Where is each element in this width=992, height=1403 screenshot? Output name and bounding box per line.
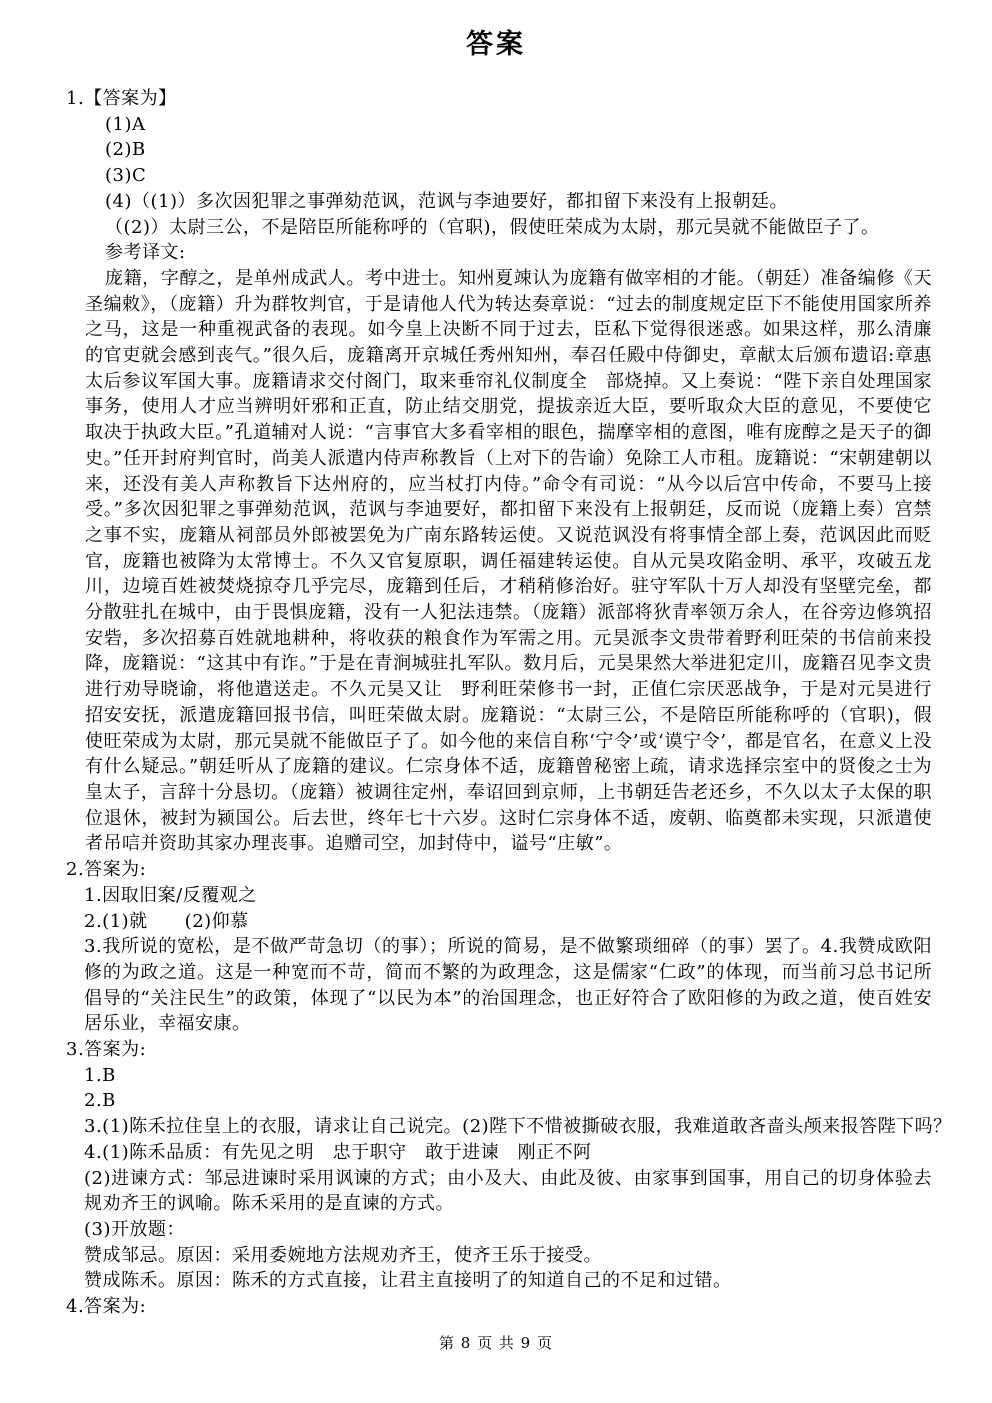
answer-item: 3.(1)陈禾拉住皇上的衣服，请求让自己说完。(2)陛下不惜被撕破衣服，我难道敢…	[0, 1114, 992, 1140]
answer-paragraph: 3.我所说的宽松，是不做严苛急切（的事）；所说的简易，是不做繁琐细碎（的事）罢了…	[84, 934, 932, 1037]
answer-paragraph: (2)进谏方式：邹忌进谏时采用讽谏的方式；由小及大、由此及彼、由家事到国事，用自…	[84, 1166, 932, 1217]
answer-item: 赞成陈禾。原因：陈禾的方式直接，让君主直接明了的知道自己的不足和过错。	[0, 1268, 992, 1294]
document-page: 答案 1.【答案为】 (1)A (2)B (3)C (4)（(1)）多次因犯罪之…	[0, 0, 992, 1403]
answer-item: （(2)）太尉三公，不是陪臣所能称呼的（官职)，假使旺荣成为太尉，那元昊就不能做…	[0, 215, 992, 241]
answer-section-1: 1.【答案为】 (1)A (2)B (3)C (4)（(1)）多次因犯罪之事弹劾…	[0, 86, 992, 857]
open-question-label: (3)开放题：	[0, 1217, 992, 1243]
answer-item: (3)C	[0, 163, 992, 189]
answer-item: 1.因取旧案/反覆观之	[0, 883, 992, 909]
section-1-header: 1.【答案为】	[0, 86, 992, 112]
answer-item: 2.(1)就 (2)仰慕	[0, 909, 992, 935]
answer-item: (2)B	[0, 137, 992, 163]
translation-paragraph: 庞籍，字醇之，是单州成武人。考中进士。知州夏竦认为庞籍有做宰相的才能。（朝廷）准…	[85, 266, 932, 857]
reference-translation-label: 参考译文:	[0, 240, 992, 266]
page-number: 第 8 页 共 9 页	[0, 1331, 992, 1357]
answer-item: 4.(1)陈禾品质：有先见之明 忠于职守 敢于进谏 刚正不阿	[0, 1140, 992, 1166]
document-body: 1.【答案为】 (1)A (2)B (3)C (4)（(1)）多次因犯罪之事弹劾…	[0, 86, 992, 1320]
section-4-header: 4.答案为:	[0, 1294, 992, 1320]
answer-section-3: 3.答案为: 1.B 2.B 3.(1)陈禾拉住皇上的衣服，请求让自己说完。(2…	[0, 1037, 992, 1294]
answer-item: 2.B	[0, 1088, 992, 1114]
answer-section-4: 4.答案为:	[0, 1294, 992, 1320]
answer-item: 赞成邹忌。原因：采用委婉地方法规劝齐王，使齐王乐于接受。	[0, 1243, 992, 1269]
section-3-header: 3.答案为:	[0, 1037, 992, 1063]
page-title: 答案	[0, 0, 992, 62]
section-2-header: 2.答案为:	[0, 857, 992, 883]
answer-item: 1.B	[0, 1063, 992, 1089]
answer-item: (4)（(1)）多次因犯罪之事弹劾范讽，范讽与李迪要好，都扣留下来没有上报朝廷。	[0, 189, 992, 215]
answer-section-2: 2.答案为: 1.因取旧案/反覆观之 2.(1)就 (2)仰慕 3.我所说的宽松…	[0, 857, 992, 1037]
answer-item: (1)A	[0, 112, 992, 138]
